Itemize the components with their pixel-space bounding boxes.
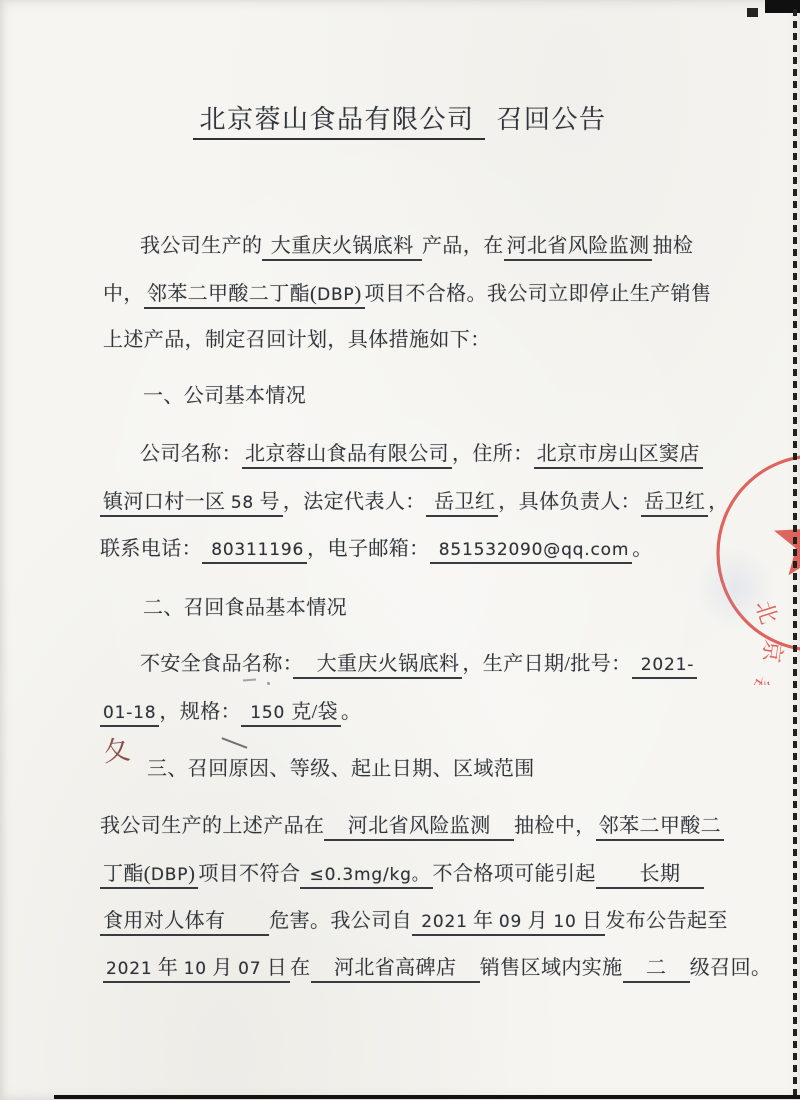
text-run: 。 <box>341 701 361 723</box>
para2-line1: 公司名称：北京蓉山食品有限公司，住所：北京市房山区窦店 <box>140 441 703 468</box>
text-run: 不安全食品名称： <box>140 653 293 675</box>
text-run: 抽检中， <box>514 815 596 837</box>
text-run: ，规格： <box>159 701 241 723</box>
scan-bottom-edge-line <box>54 1095 800 1099</box>
document-title: 北京蓉山食品有限公司召回公告 <box>0 102 800 137</box>
text-run: 上述产品，制定召回计划，具体措施如下： <box>103 329 491 351</box>
text-run: 抽检 <box>652 235 693 257</box>
filled-address-part2: 镇河口村一区 58 号 <box>100 491 283 517</box>
filled-batch-date-part2: 01-18 <box>100 703 159 727</box>
filled-inspection-source: 河北省风险监测 <box>504 235 653 261</box>
filled-start-date: 2021 年 09 月 10 日 <box>412 910 605 936</box>
filled-email-address: 851532090@qq.com <box>430 540 633 564</box>
filled-hazard-part1: 长期 <box>596 863 704 889</box>
para4-line4: 2021 年 10 月 07 日在 河北省高碑店 销售区域内实施 二 级召回。 <box>103 955 771 982</box>
scan-right-edge-dashes <box>793 9 797 1100</box>
text-run: 在 <box>290 957 310 979</box>
section-heading-1: 一、公司基本情况 <box>143 383 306 410</box>
text-run: 我公司生产的 <box>140 235 262 257</box>
text-run: ，住所： <box>452 443 534 465</box>
filled-end-date: 2021 年 10 月 07 日 <box>103 957 290 983</box>
filled-legal-representative: 岳卫红 <box>426 491 499 517</box>
ink-bleed-smudge <box>695 545 775 630</box>
filled-inspection-source: 河北省风险监测 <box>324 815 514 841</box>
filled-substance-name: 邻苯二甲酸二丁酯(DBP) <box>144 283 365 309</box>
text-run: 中， <box>103 283 144 305</box>
filled-spec: 150 克/袋 <box>241 701 341 727</box>
para4-line3: 食用对人体有 危害。我公司自 2021 年 09 月 10 日发布公告起至 <box>100 908 728 935</box>
filled-substance-part2: 丁酯(DBP) <box>100 863 198 889</box>
text-run: ，电子邮箱： <box>307 538 429 560</box>
text-run: 项目不符合 <box>198 863 300 885</box>
text-run: 销售区域内实施 <box>480 957 623 979</box>
para2-line2: 镇河口村一区 58 号，法定代表人： 岳卫红，具体负责人：岳卫红， <box>100 489 729 516</box>
handwritten-margin-mark: 夂 <box>101 728 132 770</box>
text-run: 。 <box>632 538 652 560</box>
para2-line3: 联系电话： 80311196，电子邮箱： 851532090@qq.com。 <box>100 536 653 563</box>
stray-dash-artifact <box>243 679 256 682</box>
scanned-document-page: 北京蓉山食品有限公司召回公告 我公司生产的 大重庆火锅底料 产品，在河北省风险监… <box>0 0 800 1100</box>
text-run: 公司名称： <box>140 443 242 465</box>
title-company-name: 北京蓉山食品有限公司 <box>193 105 484 140</box>
para3-line1: 不安全食品名称： 大重庆火锅底料，生产日期/批号： 2021- <box>140 651 697 678</box>
filled-recall-region: 河北省高碑店 <box>311 957 480 983</box>
text-run: 不合格项可能引起 <box>433 863 596 885</box>
para3-line2: 01-18，规格： 150 克/袋。 <box>100 699 361 726</box>
text-run: 危害。我公司自 <box>269 910 412 932</box>
filled-address-part1: 北京市房山区窦店 <box>534 443 703 469</box>
title-suffix: 召回公告 <box>497 105 607 134</box>
filled-recall-level: 二 <box>623 957 690 983</box>
text-run: ，生产日期/批号： <box>462 653 631 675</box>
para1-line2: 中，邻苯二甲酸二丁酯(DBP)项目不合格。我公司立即停止生产销售 <box>103 281 711 308</box>
text-run: 级召回。 <box>690 957 772 979</box>
section-heading-2: 二、召回食品基本情况 <box>143 595 347 622</box>
para4-line2: 丁酯(DBP)项目不符合 ≤0.3mg/kg。不合格项可能引起 长期 <box>100 861 704 888</box>
text-run: ，具体负责人： <box>498 491 641 513</box>
filled-product-name: 大重庆火锅底料 <box>262 235 422 261</box>
filled-substance-part1: 邻苯二甲酸二 <box>596 815 724 841</box>
text-run: 发布公告起至 <box>605 910 727 932</box>
para1-line1: 我公司生产的 大重庆火锅底料 产品，在河北省风险监测抽检 <box>140 233 693 260</box>
scan-corner-dot-artifact <box>747 8 758 17</box>
stray-dot-artifact <box>267 682 270 685</box>
pencil-stroke-artifact <box>222 737 248 749</box>
text-run: 联系电话： <box>100 538 202 560</box>
filled-batch-date-part1: 2021- <box>632 655 698 679</box>
filled-company-name: 北京蓉山食品有限公司 <box>242 443 452 469</box>
text-run: 项目不合格。我公司立即停止生产销售 <box>365 283 712 305</box>
text-run: ，法定代表人： <box>283 491 426 513</box>
section-heading-3: 三、召回原因、等级、起止日期、区域范围 <box>147 756 535 783</box>
filled-hazard-part2: 食用对人体有 <box>100 910 269 936</box>
filled-phone-number: 80311196 <box>202 540 307 564</box>
filled-limit-value: ≤0.3mg/kg。 <box>300 865 432 889</box>
text-run: 我公司生产的上述产品在 <box>100 815 324 837</box>
para1-line3: 上述产品，制定召回计划，具体措施如下： <box>103 327 491 354</box>
para4-line1: 我公司生产的上述产品在 河北省风险监测 抽检中，邻苯二甲酸二 <box>100 813 724 840</box>
text-run: 产品，在 <box>422 235 504 257</box>
filled-unsafe-food-name: 大重庆火锅底料 <box>293 653 462 679</box>
